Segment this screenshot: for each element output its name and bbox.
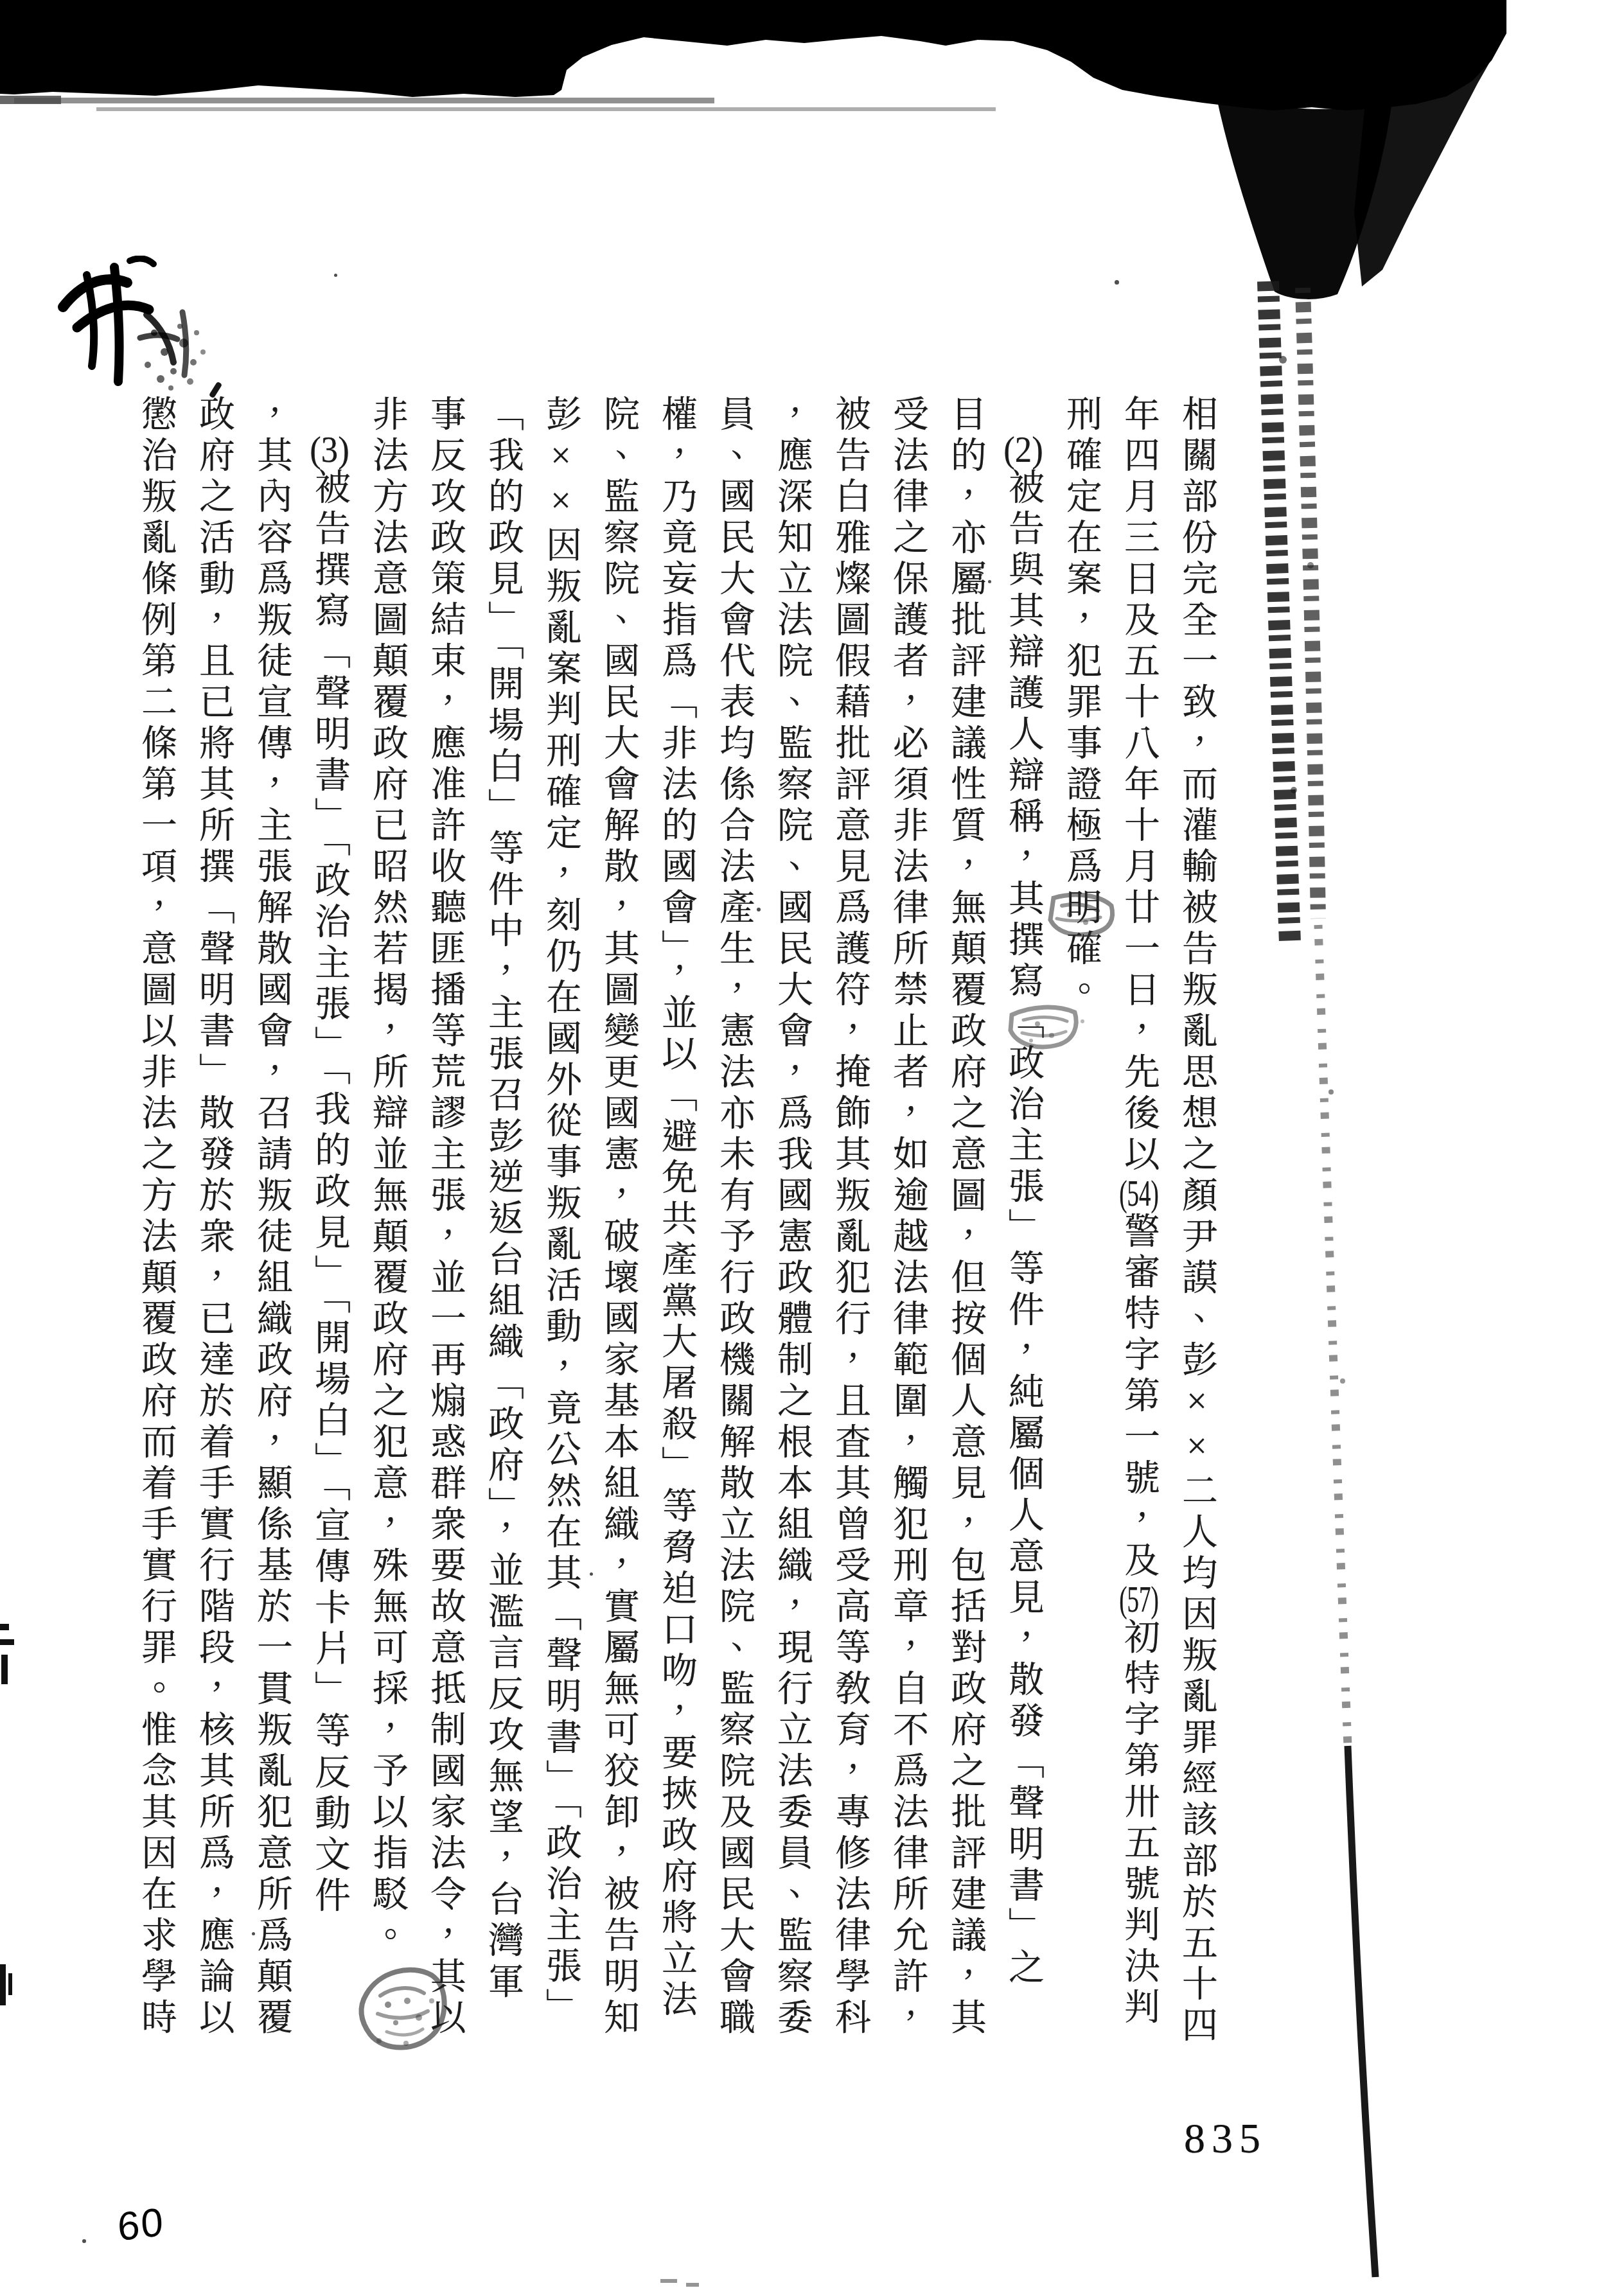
ink-seal-smudge [993,886,1121,1079]
edge-fragment [0,1639,14,1645]
scanned-document-page: 相關部份完全一致，而灌輸被告叛亂思想之顏尹謨、彭××二人均因叛亂罪經該部於五十四… [0,0,1624,2288]
edge-fragment [0,1624,9,1630]
text-column-1: 相關部份完全一致，而灌輸被告叛亂思想之顏尹謨、彭××二人均因叛亂罪經該部於五十四 [1168,395,1226,2104]
ink-dot [590,1572,593,1576]
text-column-2: 年四月三日及五十八年十月廿一日，先後以(54)警審特字第一號，及(57)初特字第… [1110,395,1168,2104]
margin-note-handwritten: 60 [116,2199,165,2251]
ink-dot [757,908,761,911]
handwriting-scribble [51,256,212,403]
edge-fragment [0,1964,6,2005]
ink-dot [453,414,457,418]
text-column-6: 受法律之保護者，必須非法律所禁止者，如逾越法律範圍，觸犯刑章，自不爲法律所允許， [879,395,937,2104]
edge-fragment [686,2283,699,2287]
ink-seal-smudge [347,1956,456,2078]
text-column-12: 彭××因叛亂案判刑確定，刻仍在國外從事叛亂活動，竟公然在其「聲明書」「政治主張」 [532,395,590,2104]
page-number: 835 [1184,2115,1267,2163]
ink-dot [988,580,991,583]
text-column-9: 員、國民大會代表均係合法產生，憲法亦未有予行政機關解散立法院、監察院及國民大會職 [705,395,763,2104]
edge-fragment [1,1655,8,1684]
ink-dot [252,1932,255,1935]
text-column-5: 目的，亦屬批評建議性質，無顛覆政府之意圖，但按個人意見，包括對政府之批評建議，其 [937,395,994,2104]
text-column-4: (2)被告與其辯護人辯稱，其撰寫「政治主張」等件，純屬個人意見，散發「聲明書」之 [994,395,1052,2104]
text-column-3: 刑確定在案，犯罪事證極爲明確。 [1052,395,1110,2104]
text-column-15: 非法方法意圖顛覆政府已昭然若揭，所辯並無顛覆政府之犯意，殊無可採，予以指駁。 [358,395,416,2104]
text-column-18: 政府之活動，且已將其所撰「聲明書」散發於衆，已達於着手實行階段，核其所爲，應論以 [185,395,243,2104]
text-column-19: 懲治叛亂條例第二條第一項，意圖以非法之方法顛覆政府而着手實行罪。惟念其因在求學時 [127,395,185,2104]
text-column-8: ，應深知立法院、監察院、國民大會，爲我國憲政體制之根本組織，現行立法委員、監察委 [763,395,821,2104]
ink-dot [1115,280,1119,285]
text-column-13: 「我的政見」「開場白」等件中，主張召彭逆返台組織「政府」，並濫言反攻無望，台灣軍 [474,395,532,2104]
text-column-7: 被告白雅燦圖假藉批評意見爲護符，掩飾其叛亂犯行，且査其曾受高等敎育，專修法律學科 [821,395,879,2104]
edge-fragment [660,2279,677,2283]
edge-fragment [8,1973,12,1995]
ink-dot [82,2239,86,2243]
judgment-text-block: 相關部份完全一致，而灌輸被告叛亂思想之顏尹謨、彭××二人均因叛亂罪經該部於五十四… [127,395,1226,2104]
text-column-11: 院、監察院、國民大會解散，其圖變更國憲，破壞國家基本組織，實屬無可狡卸，被告明知 [590,395,648,2104]
ink-dot [334,274,337,277]
text-column-10: 權，乃竟妄指爲「非法的國會」，並以「避免共產黨大屠殺」等脅迫口吻，要挾政府將立法 [648,395,705,2104]
text-column-16: (3)被告撰寫「聲明書」「政治主張」「我的政見」「開場白」「宣傳卡片」等反動文件 [301,395,358,2104]
text-column-17: ，其內容爲叛徒宣傳，主張解散國會，召請叛徒組織政府，顯係基於一貫叛亂犯意所爲顛覆 [243,395,301,2104]
text-column-14: 事反攻政策結束，應准許收聽匪播等荒謬主張，並一再煽惑群衆要故意抵制國家法令，其以 [416,395,474,2104]
